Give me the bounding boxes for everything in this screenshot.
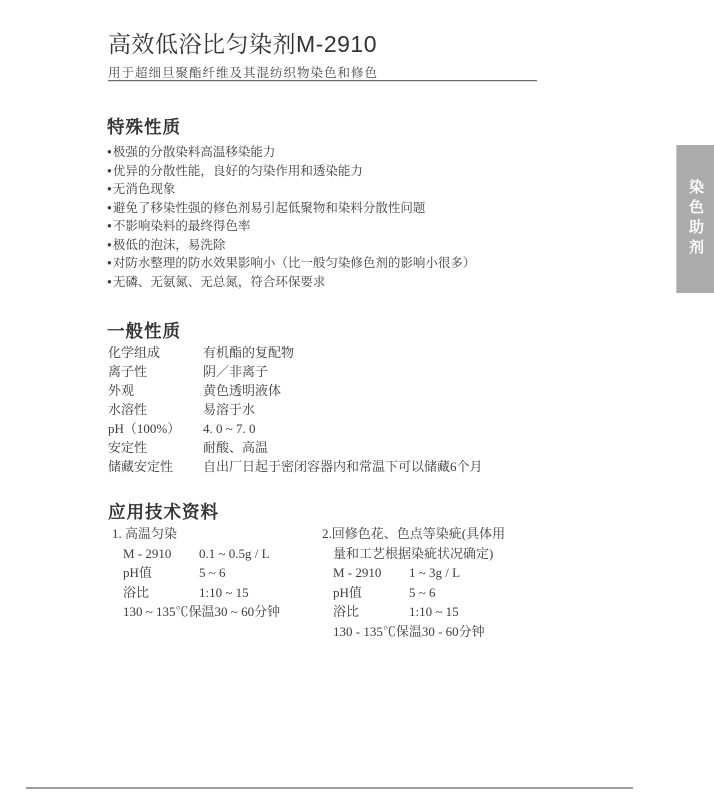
application-row: 浴比1:10 ~ 15: [333, 602, 567, 622]
bullet-text: 对防水整理的防水效果影响小（比一般匀染修色剂的影响小很多）: [113, 256, 476, 270]
bullet-icon: ●: [107, 240, 112, 249]
bullet-icon: ●: [107, 184, 112, 193]
property-label: 安定性: [108, 438, 203, 457]
list-item: ●对防水整理的防水效果影响小（比一般匀染修色剂的影响小很多）: [107, 254, 627, 273]
property-label: 水溶性: [108, 400, 203, 419]
section-heading-application-data: 应用技术资料: [108, 499, 219, 524]
application-item-title: 2.回修色花、色点等染疵(具体用: [322, 524, 567, 544]
bullet-text: 极强的分散染料高温移染能力: [113, 145, 276, 159]
application-row-label: pH值: [123, 563, 199, 583]
property-row: 储藏安定性自出厂日起于密闭容器内和常温下可以储藏6个月: [108, 457, 628, 476]
application-row-label: 浴比: [333, 602, 409, 622]
application-item-title-continued: 量和工艺根据染疵状况确定): [333, 544, 567, 564]
application-row-value: 5 ~ 6: [409, 583, 436, 603]
datasheet-page: { "header": { "title": "高效低浴比匀染剂M-2910",…: [0, 0, 714, 793]
property-label: 化学组成: [108, 343, 203, 362]
application-row: M - 29100.1 ~ 0.5g / L: [123, 544, 312, 564]
application-rows: M - 29101 ~ 3g / L pH值5 ~ 6 浴比1:10 ~ 15: [333, 563, 567, 622]
property-row: 离子性阴／非离子: [108, 362, 628, 381]
list-item: ●优异的分散性能，良好的匀染作用和透染能力: [107, 162, 627, 181]
bullet-text: 无磷、无氨氮、无总氮，符合环保要求: [113, 275, 326, 289]
bullet-icon: ●: [107, 166, 112, 175]
bullet-text: 无消色现象: [113, 182, 176, 196]
property-label: pH（100%）: [108, 419, 203, 438]
bullet-text: 极低的泡沫，易洗除: [113, 238, 226, 252]
application-process-note: 130 ~ 135℃保温30 ~ 60分钟: [123, 602, 312, 622]
application-process-note: 130 - 135℃保温30 - 60分钟: [333, 622, 567, 642]
application-column-2: 2.回修色花、色点等染疵(具体用 量和工艺根据染疵状况确定) M - 29101…: [322, 524, 567, 641]
footer-divider: [26, 787, 633, 789]
page-title: 高效低浴比匀染剂M-2910: [108, 26, 377, 59]
application-row-value: 5 ~ 6: [199, 563, 226, 583]
property-label: 外观: [108, 381, 203, 400]
bullet-icon: ●: [107, 221, 112, 230]
property-value: 有机酯的复配物: [203, 343, 294, 362]
property-value: 易溶于水: [203, 400, 255, 419]
application-row-label: M - 2910: [123, 544, 199, 564]
category-side-tab: 染色助剂: [676, 145, 714, 293]
property-value: 黄色透明液体: [203, 381, 281, 400]
application-row: M - 29101 ~ 3g / L: [333, 563, 567, 583]
application-row-label: pH值: [333, 583, 409, 603]
property-row: pH（100%）4. 0 ~ 7. 0: [108, 419, 628, 438]
property-label: 储藏安定性: [108, 457, 203, 476]
bullet-text: 避免了移染性强的修色剂易引起低聚物和染料分散性问题: [113, 201, 426, 215]
bullet-text: 优异的分散性能，良好的匀染作用和透染能力: [113, 164, 363, 178]
bullet-icon: ●: [107, 203, 112, 212]
property-value: 耐酸、高温: [203, 438, 268, 457]
application-row: 浴比1:10 ~ 15: [123, 583, 312, 603]
property-row: 安定性耐酸、高温: [108, 438, 628, 457]
property-value: 阴／非离子: [203, 362, 268, 381]
general-properties-table: 化学组成有机酯的复配物 离子性阴／非离子 外观黄色透明液体 水溶性易溶于水 pH…: [108, 343, 628, 476]
property-row: 外观黄色透明液体: [108, 381, 628, 400]
property-value: 4. 0 ~ 7. 0: [203, 419, 256, 438]
header-divider: [108, 80, 537, 82]
application-column-1: 1. 高温匀染 M - 29100.1 ~ 0.5g / L pH值5 ~ 6 …: [112, 524, 312, 622]
section-heading-general-properties: 一般性质: [107, 318, 181, 343]
application-row-value: 1 ~ 3g / L: [409, 563, 460, 583]
application-row-label: 浴比: [123, 583, 199, 603]
list-item: ●无磷、无氨氮、无总氮，符合环保要求: [107, 273, 627, 292]
section-heading-special-properties: 特殊性质: [107, 114, 181, 139]
property-label: 离子性: [108, 362, 203, 381]
list-item: ●不影响染料的最终得色率: [107, 217, 627, 236]
application-rows: M - 29100.1 ~ 0.5g / L pH值5 ~ 6 浴比1:10 ~…: [123, 544, 312, 603]
application-row-value: 1:10 ~ 15: [199, 583, 249, 603]
application-row-value: 0.1 ~ 0.5g / L: [199, 544, 270, 564]
application-row-value: 1:10 ~ 15: [409, 602, 459, 622]
bullet-icon: ●: [107, 258, 112, 267]
page-subtitle: 用于超细旦聚酯纤维及其混纺织物染色和修色: [108, 63, 378, 81]
application-row: pH值5 ~ 6: [333, 583, 567, 603]
property-value: 自出厂日起于密闭容器内和常温下可以储藏6个月: [203, 457, 483, 476]
list-item: ●无消色现象: [107, 180, 627, 199]
application-row-label: M - 2910: [333, 563, 409, 583]
bullet-icon: ●: [107, 147, 112, 156]
property-row: 化学组成有机酯的复配物: [108, 343, 628, 362]
bullet-text: 不影响染料的最终得色率: [113, 219, 251, 233]
application-item-title: 1. 高温匀染: [112, 524, 312, 544]
special-properties-list: ●极强的分散染料高温移染能力 ●优异的分散性能，良好的匀染作用和透染能力 ●无消…: [107, 143, 627, 291]
list-item: ●避免了移染性强的修色剂易引起低聚物和染料分散性问题: [107, 199, 627, 218]
application-row: pH值5 ~ 6: [123, 563, 312, 583]
property-row: 水溶性易溶于水: [108, 400, 628, 419]
bullet-icon: ●: [107, 277, 112, 286]
list-item: ●极低的泡沫，易洗除: [107, 236, 627, 255]
category-side-tab-label: 染色助剂: [685, 179, 706, 259]
list-item: ●极强的分散染料高温移染能力: [107, 143, 627, 162]
